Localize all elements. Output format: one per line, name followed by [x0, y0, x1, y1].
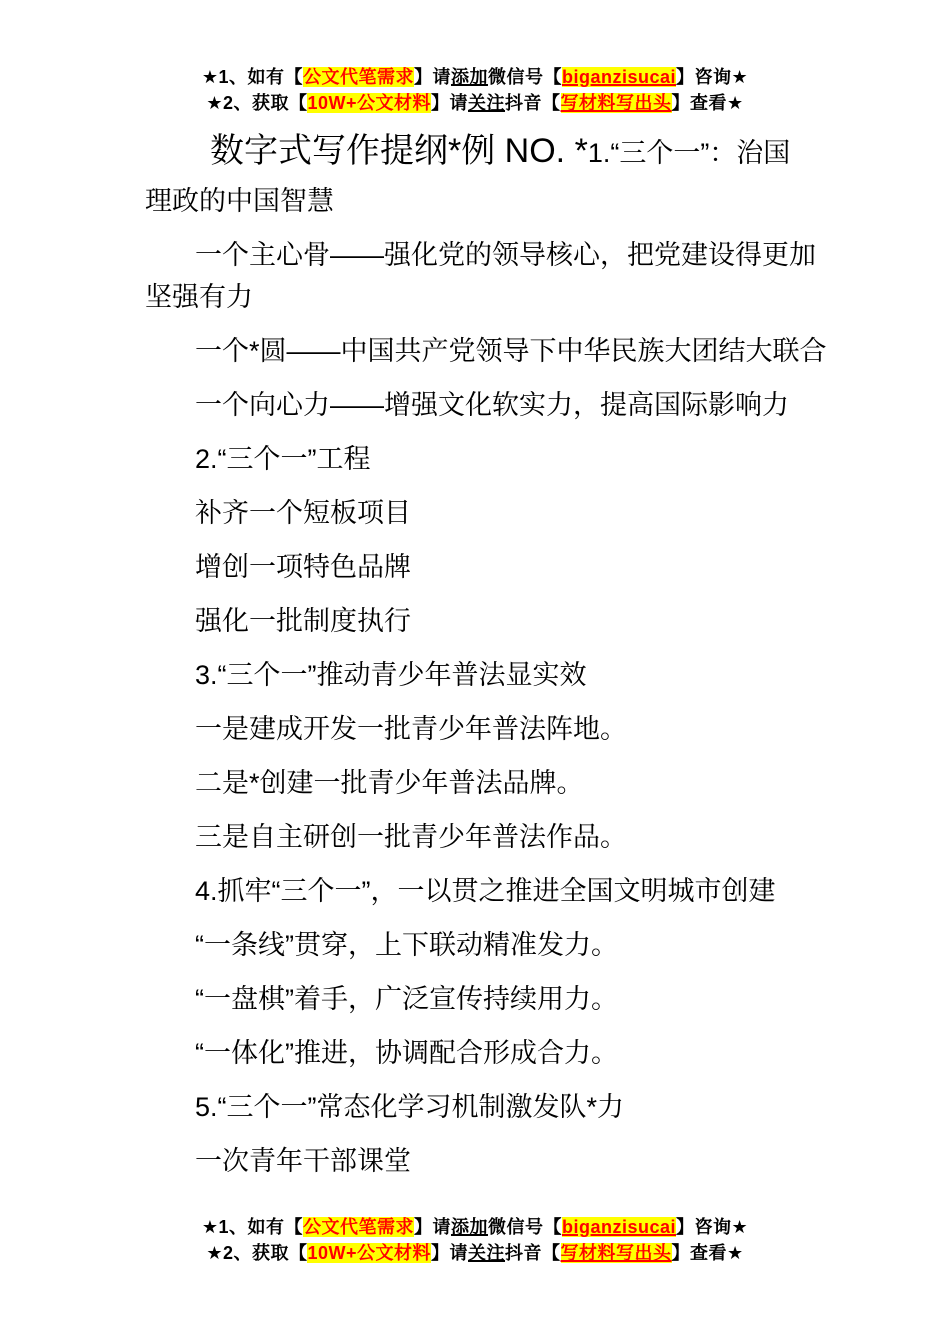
wechat-id: biganzisucai [562, 1217, 676, 1237]
text-line: “一盘棋”着手，广泛宣传持续用力。 [145, 978, 810, 1020]
text-line: 补齐一个短板项目 [145, 492, 810, 534]
highlight-phrase: 公文代笔需求 [303, 67, 414, 87]
banner-text: 】查看★ [672, 93, 744, 113]
banner-line: ★2、获取【10W+公文材料】请关注抖音【写材料写出头】查看★ [0, 90, 950, 116]
highlight-phrase: 10W+公文材料 [307, 1243, 431, 1263]
text-line: 3.“三个一”推动青少年普法显实效 [145, 654, 810, 696]
promo-banner-bottom: ★1、如有【公文代笔需求】请添加微信号【biganzisucai】咨询★★2、获… [0, 1214, 950, 1266]
paragraph: 强化一批制度执行 [145, 600, 810, 642]
text-line: “一体化”推进，协调配合形成合力。 [145, 1032, 810, 1074]
banner-text: 】请 [414, 1217, 451, 1237]
highlight-phrase: 公文代笔需求 [303, 1217, 414, 1237]
text-line: “一条线”贯穿，上下联动精准发力。 [145, 924, 810, 966]
paragraph: 一是建成开发一批青少年普法阵地。 [145, 708, 810, 750]
document-page: ★1、如有【公文代笔需求】请添加微信号【biganzisucai】咨询★★2、获… [0, 0, 950, 1344]
banner-text: 微信号【 [488, 67, 562, 87]
title-continuation: 理政的中国智慧 [145, 180, 810, 222]
banner-line: ★1、如有【公文代笔需求】请添加微信号【biganzisucai】咨询★ [0, 1214, 950, 1240]
douyin-id: 写材料写出头 [561, 93, 672, 113]
banner-text: 】查看★ [672, 1243, 744, 1263]
wechat-id: biganzisucai [562, 67, 676, 87]
paragraph: 4.抓牢“三个一”，一以贯之推进全国文明城市创建 [145, 870, 810, 912]
text-line: 4.抓牢“三个一”，一以贯之推进全国文明城市创建 [145, 870, 810, 912]
text-line: 一个*圆——中国共产党领导下中华民族大团结大联合 [145, 330, 810, 372]
document-body: 数字式写作提纲*例 NO. *1.“三个一”：治国 理政的中国智慧 一个主心骨—… [145, 129, 810, 1194]
text-line: 一个向心力——增强文化软实力，提高国际影响力 [145, 384, 810, 426]
banner-text: 抖音【 [505, 1243, 561, 1263]
banner-text: 】请 [431, 1243, 468, 1263]
douyin-id: 写材料写出头 [561, 1243, 672, 1263]
underlined-word: 关注 [468, 93, 505, 113]
paragraph: 一次青年干部课堂 [145, 1140, 810, 1182]
text-line: 一是建成开发一批青少年普法阵地。 [145, 708, 810, 750]
text-line: 5.“三个一”常态化学习机制激发队*力 [145, 1086, 810, 1128]
paragraph: 增创一项特色品牌 [145, 546, 810, 588]
title-heading: 数字式写作提纲*例 NO. * [210, 132, 588, 170]
title-lead: 1.“三个一”：治国 [588, 138, 791, 168]
paragraph: 一个*圆——中国共产党领导下中华民族大团结大联合 [145, 330, 810, 372]
text-line: 增创一项特色品牌 [145, 546, 810, 588]
paragraph: 补齐一个短板项目 [145, 492, 810, 534]
paragraph-list: 一个主心骨——强化党的领导核心，把党建设得更加坚强有力一个*圆——中国共产党领导… [145, 234, 810, 1182]
text-line: 2.“三个一”工程 [145, 438, 810, 480]
underlined-word: 关注 [468, 1243, 505, 1263]
banner-text: ★2、获取【 [206, 1243, 307, 1263]
paragraph: “一条线”贯穿，上下联动精准发力。 [145, 924, 810, 966]
paragraph: 3.“三个一”推动青少年普法显实效 [145, 654, 810, 696]
paragraph: 一个主心骨——强化党的领导核心，把党建设得更加坚强有力 [145, 234, 810, 318]
underlined-word: 添加 [451, 1217, 488, 1237]
text-line: 二是*创建一批青少年普法品牌。 [145, 762, 810, 804]
banner-text: 】请 [414, 67, 451, 87]
paragraph: 二是*创建一批青少年普法品牌。 [145, 762, 810, 804]
text-line: 一次青年干部课堂 [145, 1140, 810, 1182]
underlined-word: 添加 [451, 67, 488, 87]
title-line: 数字式写作提纲*例 NO. *1.“三个一”：治国 [145, 129, 810, 180]
document-title: 数字式写作提纲*例 NO. *1.“三个一”：治国 理政的中国智慧 [145, 129, 810, 222]
text-line: 强化一批制度执行 [145, 600, 810, 642]
text-line: 一个主心骨——强化党的领导核心，把党建设得更加 [145, 234, 810, 276]
paragraph: “一盘棋”着手，广泛宣传持续用力。 [145, 978, 810, 1020]
banner-text: ★1、如有【 [202, 67, 303, 87]
paragraph: “一体化”推进，协调配合形成合力。 [145, 1032, 810, 1074]
banner-text: 微信号【 [488, 1217, 562, 1237]
text-line: 三是自主研创一批青少年普法作品。 [145, 816, 810, 858]
paragraph: 三是自主研创一批青少年普法作品。 [145, 816, 810, 858]
banner-text: 】请 [431, 93, 468, 113]
banner-text: 抖音【 [505, 93, 561, 113]
banner-text: ★1、如有【 [202, 1217, 303, 1237]
promo-banner-top: ★1、如有【公文代笔需求】请添加微信号【biganzisucai】咨询★★2、获… [0, 64, 950, 116]
banner-text: 】咨询★ [676, 67, 748, 87]
banner-line: ★1、如有【公文代笔需求】请添加微信号【biganzisucai】咨询★ [0, 64, 950, 90]
banner-text: 】咨询★ [676, 1217, 748, 1237]
paragraph: 一个向心力——增强文化软实力，提高国际影响力 [145, 384, 810, 426]
banner-text: ★2、获取【 [206, 93, 307, 113]
highlight-phrase: 10W+公文材料 [307, 93, 431, 113]
paragraph: 2.“三个一”工程 [145, 438, 810, 480]
text-line: 坚强有力 [145, 276, 810, 318]
paragraph: 5.“三个一”常态化学习机制激发队*力 [145, 1086, 810, 1128]
banner-line: ★2、获取【10W+公文材料】请关注抖音【写材料写出头】查看★ [0, 1240, 950, 1266]
